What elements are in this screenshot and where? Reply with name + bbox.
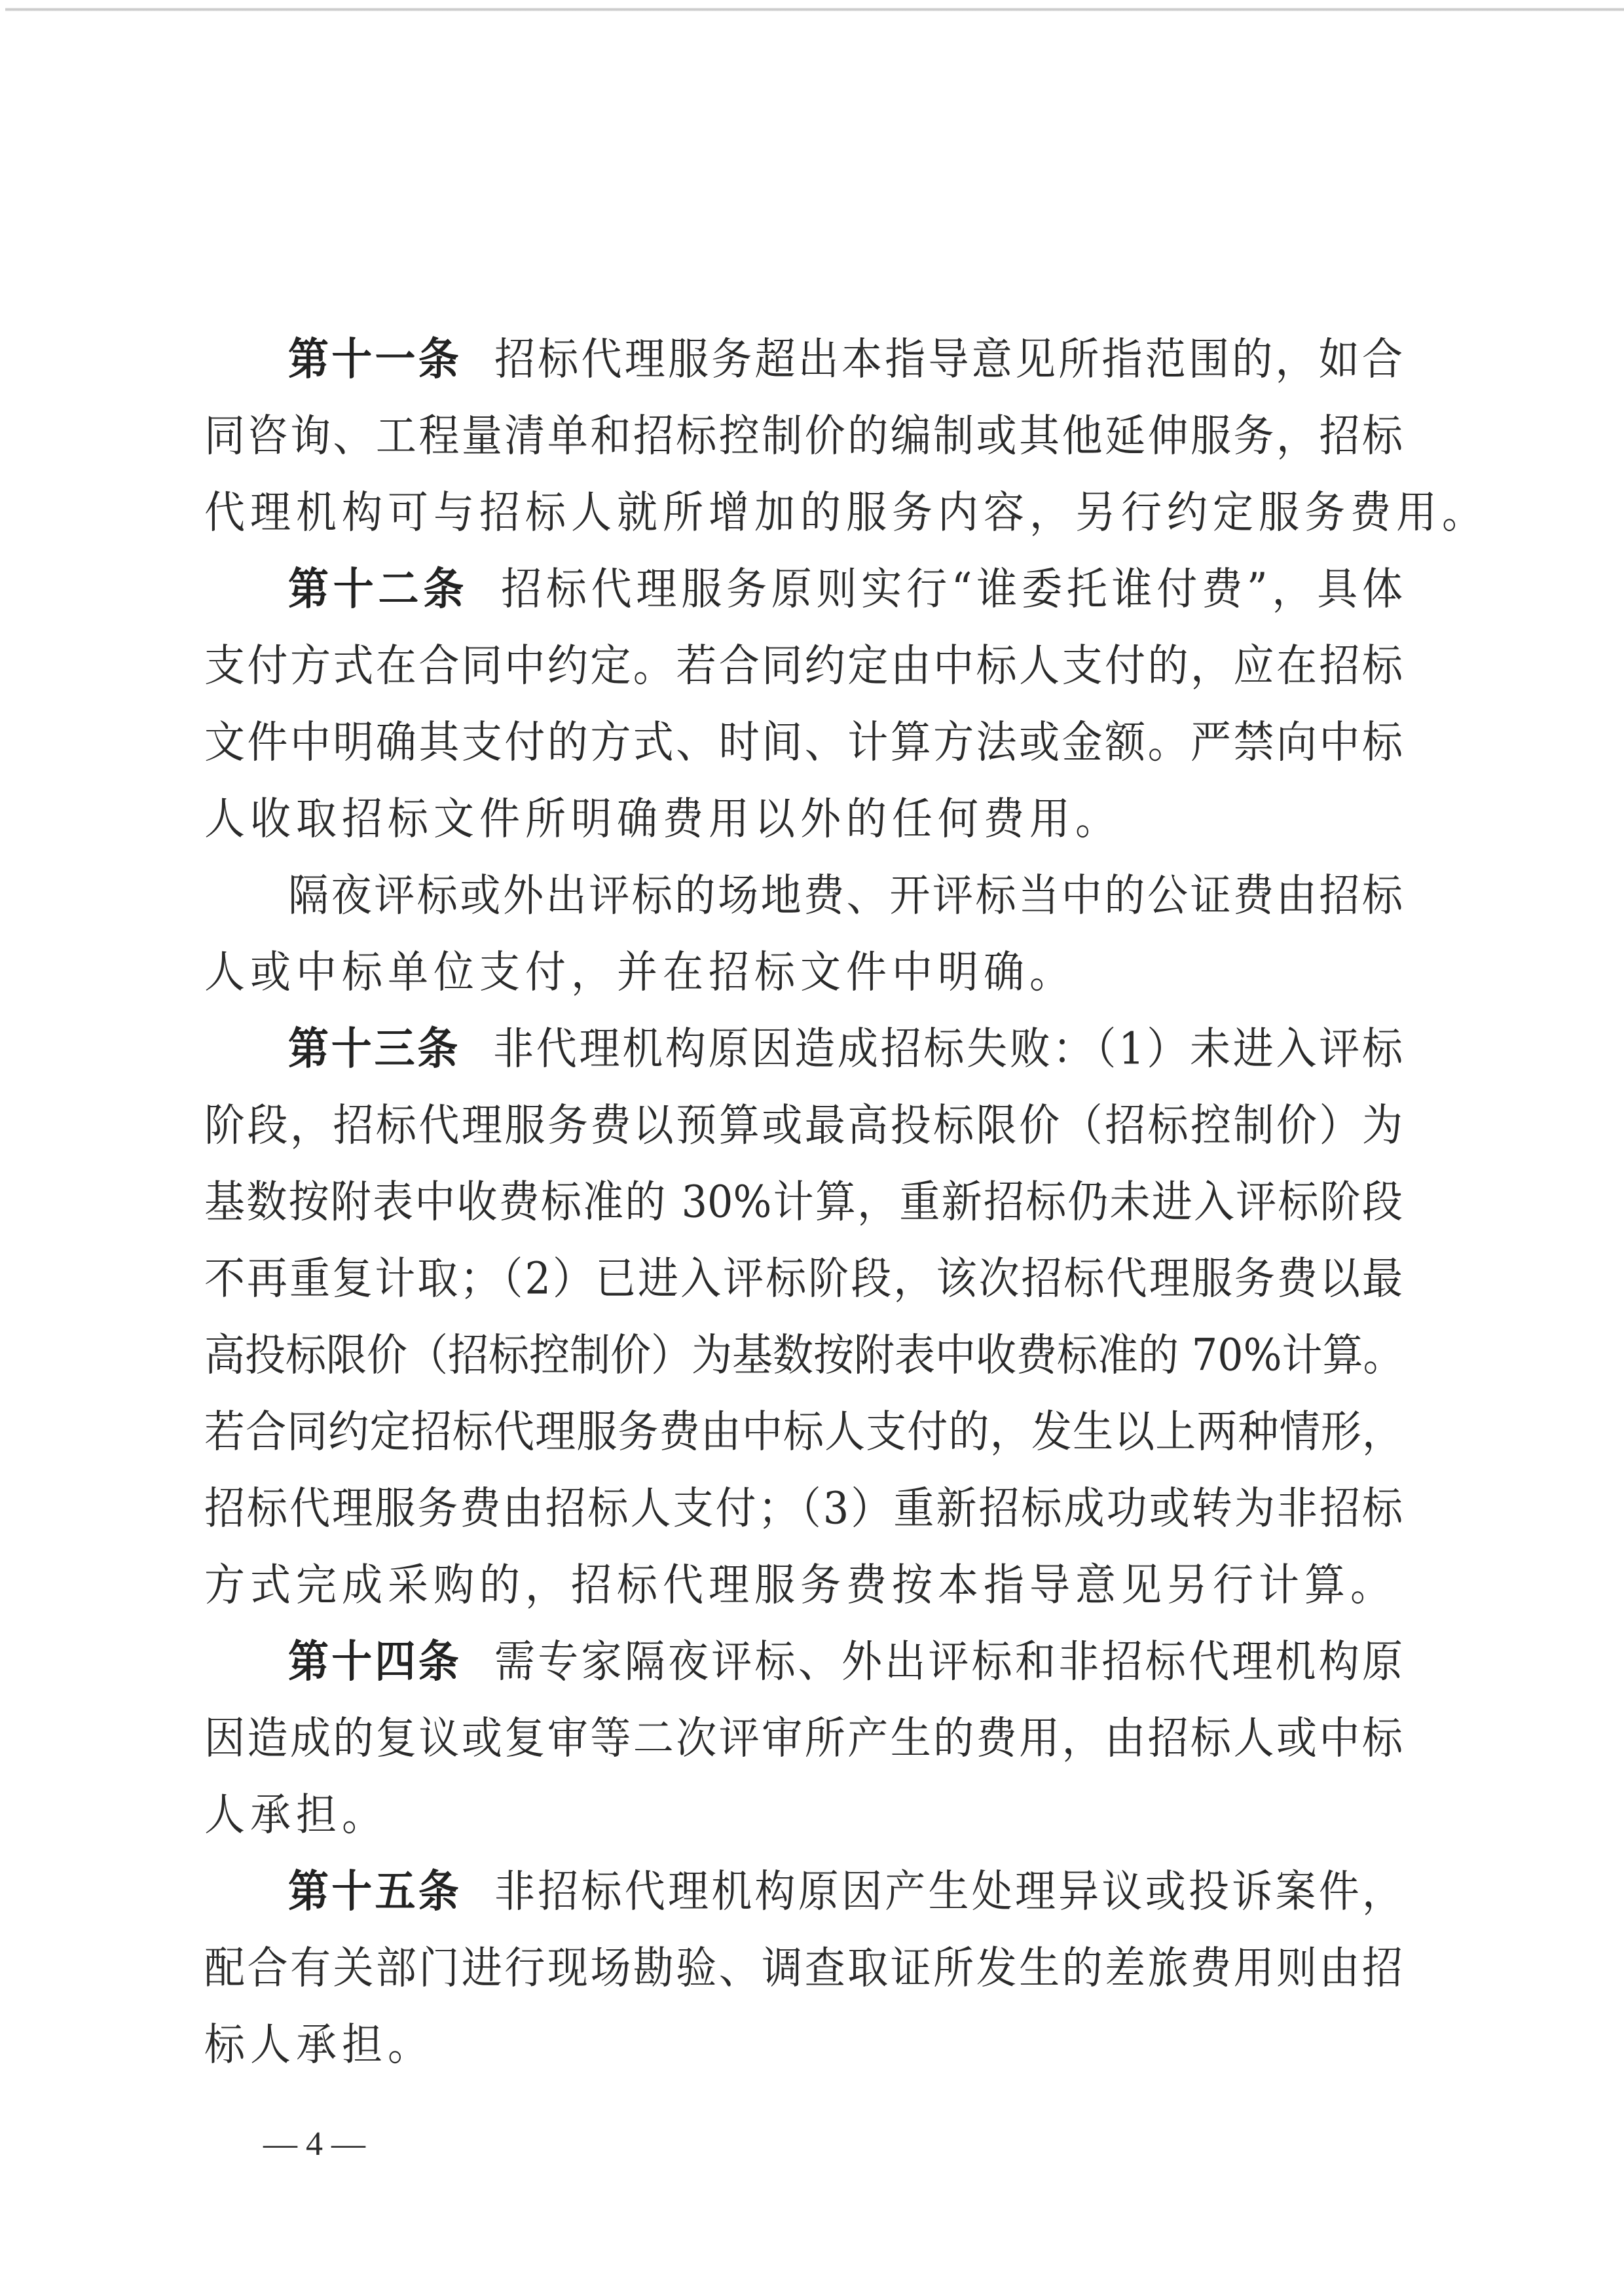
article-number: 第十二条 xyxy=(288,563,468,615)
article-13-line-2: 阶段，招标代理服务费以预算或最高投标限价（招标控制价）为 xyxy=(204,1084,1403,1166)
article-13-line-4: 不再重复计取；（2）已进入评标阶段，该次招标代理服务费以最 xyxy=(204,1237,1403,1319)
article-15-line-2: 配合有关部门进行现场勘验、调查取证所发生的差旅费用则由招 xyxy=(204,1926,1403,2009)
paragraph-overnight-line-2: 人或中标单位支付，并在招标文件中明确。 xyxy=(204,930,1403,1013)
article-number: 第十一条 xyxy=(288,333,462,385)
article-14-line-3: 人承担。 xyxy=(204,1773,1403,1856)
article-12-line-2: 支付方式在合同中约定。若合同约定由中标人支付的，应在招标 xyxy=(204,624,1403,707)
article-text: 招标代理服务原则实行“谁委托谁付费”，具体 xyxy=(501,563,1403,615)
article-13-line-7: 招标代理服务费由招标人支付；（3）重新招标成功或转为非招标 xyxy=(204,1467,1403,1549)
article-number: 第十三条 xyxy=(288,1023,460,1074)
article-number: 第十五条 xyxy=(288,1865,462,1917)
article-15-line-3: 标人承担。 xyxy=(204,2003,1403,2085)
article-13-line-1: 第十三条非代理机构原因造成招标失败：（1）未进入评标 xyxy=(204,1007,1403,1090)
page-number: — 4 — xyxy=(246,2121,383,2167)
article-text: 非代理机构原因造成招标失败：（1）未进入评标 xyxy=(493,1023,1403,1074)
article-13-line-8: 方式完成采购的，招标代理服务费按本指导意见另行计算。 xyxy=(204,1543,1403,1626)
article-text: 非招标代理机构原因产生处理异议或投诉案件， xyxy=(494,1865,1403,1917)
paragraph-overnight-line-1: 隔夜评标或外出评标的场地费、开评标当中的公证费由招标 xyxy=(204,854,1403,936)
scan-edge-line xyxy=(5,8,1624,11)
article-11-line-1: 第十一条招标代理服务超出本指导意见所指范围的，如合 xyxy=(204,318,1403,400)
article-11-line-3: 代理机构可与招标人就所增加的服务内容，另行约定服务费用。 xyxy=(204,471,1403,553)
article-text: 招标代理服务超出本指导意见所指范围的，如合 xyxy=(494,333,1403,385)
article-11-line-2: 同咨询、工程量清单和招标控制价的编制或其他延伸服务，招标 xyxy=(204,394,1403,477)
article-14-line-2: 因造成的复议或复审等二次评审所产生的费用，由招标人或中标 xyxy=(204,1697,1403,1779)
article-12-line-1: 第十二条招标代理服务原则实行“谁委托谁付费”，具体 xyxy=(204,547,1403,630)
article-13-line-5: 高投标限价（招标控制价）为基数按附表中收费标准的 70%计算。 xyxy=(204,1313,1403,1396)
article-12-line-4: 人收取招标文件所明确费用以外的任何费用。 xyxy=(204,777,1403,860)
article-13-line-3: 基数按附表中收费标准的 30%计算，重新招标仍未进入评标阶段 xyxy=(204,1160,1403,1243)
article-13-line-6: 若合同约定招标代理服务费由中标人支付的，发生以上两种情形， xyxy=(204,1390,1403,1473)
article-text: 需专家隔夜评标、外出评标和非招标代理机构原 xyxy=(494,1636,1403,1687)
article-14-line-1: 第十四条需专家隔夜评标、外出评标和非招标代理机构原 xyxy=(204,1620,1403,1702)
article-12-line-3: 文件中明确其支付的方式、时间、计算方法或金额。严禁向中标 xyxy=(204,701,1403,783)
article-15-line-1: 第十五条非招标代理机构原因产生处理异议或投诉案件， xyxy=(204,1850,1403,1932)
article-number: 第十四条 xyxy=(288,1636,462,1687)
